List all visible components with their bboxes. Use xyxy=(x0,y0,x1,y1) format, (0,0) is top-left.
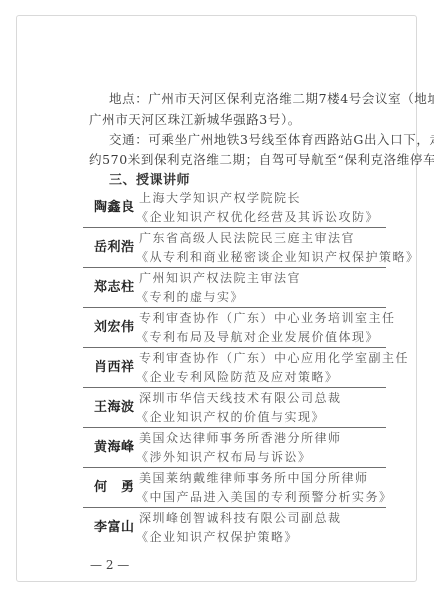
lecturer-topic: 《企业知识产权保护策略》 xyxy=(136,528,298,546)
lecturer-name: 李富山 xyxy=(94,508,135,548)
lecturer-name: 肖西祥 xyxy=(94,348,135,388)
lecturer-name: 黄海峰 xyxy=(94,428,135,468)
lecturer-topic: 《专利布局及导航对企业发展价值体现》 xyxy=(136,328,379,346)
lecturer-table: 陶鑫良 上海大学知识产权学院院长 《企业知识产权优化经营及其诉讼攻防》 岳利浩 … xyxy=(83,188,386,548)
location-line-2: 广州市天河区珠江新城华强路3号）。 xyxy=(89,110,301,131)
lecturer-row: 李富山 深圳峰创智诚科技有限公司副总裁 《企业知识产权保护策略》 xyxy=(83,508,386,548)
lecturer-title: 深圳峰创智诚科技有限公司副总裁 xyxy=(139,509,342,527)
lecturer-name: 郑志柱 xyxy=(94,268,135,308)
lecturer-row: 陶鑫良 上海大学知识产权学院院长 《企业知识产权优化经营及其诉讼攻防》 xyxy=(83,188,386,228)
lecturer-topic: 《专利的虚与实》 xyxy=(136,288,244,306)
lecturer-title: 深圳市华信天线技术有限公司总裁 xyxy=(139,389,342,407)
page-number: — 2 — xyxy=(90,558,129,572)
lecturer-name: 岳利浩 xyxy=(94,228,135,268)
lecturer-name: 刘宏伟 xyxy=(94,308,135,348)
lecturer-title: 美国莱纳戴维律师事务所中国分所律师 xyxy=(139,469,369,487)
lecturer-name: 何 勇 xyxy=(94,468,135,508)
lecturer-topic: 《企业专利风险防范及应对策略》 xyxy=(136,368,339,386)
lecturer-title: 广东省高级人民法院民三庭主审法官 xyxy=(139,229,355,247)
transport-line-1: 交通：可乘坐广州地铁3号线至体育西路站G出入口下，走 xyxy=(109,130,434,151)
lecturer-topic: 《企业知识产权的价值与实现》 xyxy=(136,408,325,426)
lecturer-topic: 《涉外知识产权布局与诉讼》 xyxy=(136,448,312,466)
lecturer-topic: 《企业知识产权优化经营及其诉讼攻防》 xyxy=(136,208,379,226)
lecturer-title: 美国众达律师事务所香港分所律师 xyxy=(139,429,342,447)
lecturer-name: 陶鑫良 xyxy=(94,188,135,228)
transport-line-2: 约570米到保利克洛维二期；自驾可导航至“保利克洛维停车场”。 xyxy=(89,150,434,171)
lecturer-title: 上海大学知识产权学院院长 xyxy=(139,189,301,207)
lecturer-title: 广州知识产权法院主审法官 xyxy=(139,269,301,287)
lecturer-row: 岳利浩 广东省高级人民法院民三庭主审法官 《从专利和商业秘密谈企业知识产权保护策… xyxy=(83,228,386,268)
location-line-1: 地点：广州市天河区保利克洛维二期7楼4号会议室（地址： xyxy=(109,89,434,110)
lecturer-row: 黄海峰 美国众达律师事务所香港分所律师 《涉外知识产权布局与诉讼》 xyxy=(83,428,386,468)
lecturer-row: 郑志柱 广州知识产权法院主审法官 《专利的虚与实》 xyxy=(83,268,386,308)
lecturer-row: 肖西祥 专利审查协作（广东）中心应用化学室副主任 《企业专利风险防范及应对策略》 xyxy=(83,348,386,388)
lecturer-topic: 《中国产品进入美国的专利预警分析实务》 xyxy=(136,488,393,506)
lecturer-name: 王海波 xyxy=(94,388,135,428)
lecturer-row: 刘宏伟 专利审查协作（广东）中心业务培训室主任 《专利布局及导航对企业发展价值体… xyxy=(83,308,386,348)
lecturer-title: 专利审查协作（广东）中心业务培训室主任 xyxy=(139,309,396,327)
lecturer-topic: 《从专利和商业秘密谈企业知识产权保护策略》 xyxy=(136,248,420,266)
lecturer-row: 何 勇 美国莱纳戴维律师事务所中国分所律师 《中国产品进入美国的专利预警分析实务… xyxy=(83,468,386,508)
lecturer-title: 专利审查协作（广东）中心应用化学室副主任 xyxy=(139,349,409,367)
lecturer-row: 王海波 深圳市华信天线技术有限公司总裁 《企业知识产权的价值与实现》 xyxy=(83,388,386,428)
document-page: 地点：广州市天河区保利克洛维二期7楼4号会议室（地址： 广州市天河区珠江新城华强… xyxy=(16,15,417,582)
